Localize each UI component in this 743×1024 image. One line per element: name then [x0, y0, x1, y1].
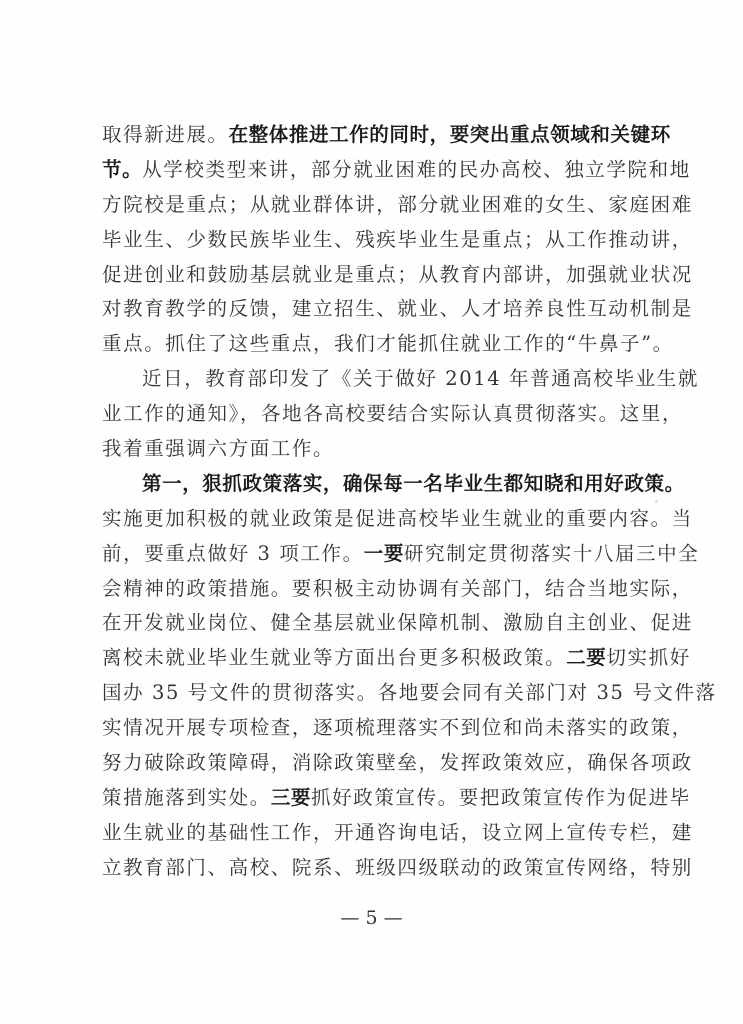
- text-run: 毕业生、少数民族毕业生、残疾毕业生是重点；从工作推动讲，: [102, 228, 693, 251]
- bold-text-run: 三要: [271, 786, 311, 809]
- text-run: 重点。抓住了这些重点，我们才能抓住就业工作的“牛鼻子”。: [102, 332, 674, 355]
- text-run: 研究制定贯彻落实十八届三中全: [404, 542, 699, 565]
- page-number: — 5 —: [0, 907, 743, 929]
- text-line: 毕业生、少数民族毕业生、残疾毕业生是重点；从工作推动讲，: [102, 223, 652, 258]
- text-run: 策措施落到实处。: [102, 786, 271, 809]
- bold-text-run: 二要: [566, 646, 606, 669]
- text-line: 方院校是重点；从就业群体讲，部分就业困难的女生、家庭困难: [102, 188, 652, 223]
- text-line: 重点。抓住了这些重点，我们才能抓住就业工作的“牛鼻子”。: [102, 327, 652, 362]
- text-line: 促进创业和鼓励基层就业是重点；从教育内部讲，加强就业状况: [102, 258, 652, 293]
- bold-text-run: 节。: [102, 158, 142, 181]
- text-line: 我着重强调六方面工作。: [102, 432, 652, 467]
- text-run: 我着重强调六方面工作。: [102, 437, 334, 460]
- scan-speck: [655, 500, 658, 503]
- text-line: 业生就业的基础性工作，开通咨询电话，设立网上宣传专栏，建: [102, 816, 652, 851]
- text-run: 在开发就业岗位、健全基层就业保障机制、激励自主创业、促进: [102, 611, 693, 634]
- text-line: 立教育部门、高校、院系、班级四级联动的政策宣传网络，特别: [102, 851, 652, 886]
- text-line: 近日，教育部印发了《关于做好 2014 年普通高校毕业生就: [102, 362, 652, 397]
- text-run: 实施更加积极的就业政策是促进高校毕业生就业的重要内容。当: [102, 507, 693, 530]
- text-run: 对教育教学的反馈，建立招生、就业、人才培养良性互动机制是: [102, 297, 693, 320]
- text-run: 前，要重点做好 3 项工作。: [102, 542, 364, 565]
- text-run: 会精神的政策措施。要积极主动协调有关部门，结合当地实际，: [102, 577, 693, 600]
- text-run: 业工作的通知》，各地各高校要结合实际认真贯彻落实。这里，: [102, 402, 683, 425]
- bold-text-run: 第一，狠抓政策落实，确保每一名毕业生都知晓和用好政策。: [142, 472, 685, 495]
- text-run: 从学校类型来讲，部分就业困难的民办高校、独立学院和地: [142, 158, 691, 181]
- text-run: 切实抓好: [606, 646, 690, 669]
- bold-text-run: 在整体推进工作的同时，要突出重点领域和关键环: [229, 123, 671, 146]
- text-line: 取得新进展。在整体推进工作的同时，要突出重点领域和关键环: [102, 118, 652, 153]
- text-run: 近日，教育部印发了《关于做好 2014 年普通高校毕业生就: [142, 367, 699, 390]
- text-line: 策措施落到实处。三要抓好政策宣传。要把政策宣传作为促进毕: [102, 781, 652, 816]
- bold-text-run: 一要: [364, 542, 404, 565]
- text-run: 离校未就业毕业生就业等方面出台更多积极政策。: [102, 646, 566, 669]
- text-line: 在开发就业岗位、健全基层就业保障机制、激励自主创业、促进: [102, 606, 652, 641]
- text-line: 节。从学校类型来讲，部分就业困难的民办高校、独立学院和地: [102, 153, 652, 188]
- text-line: 努力破除政策障碍，消除政策壁垒，发挥政策效应，确保各项政: [102, 746, 652, 781]
- text-line: 业工作的通知》，各地各高校要结合实际认真贯彻落实。这里，: [102, 397, 652, 432]
- text-run: 促进创业和鼓励基层就业是重点；从教育内部讲，加强就业状况: [102, 263, 693, 286]
- text-run: 方院校是重点；从就业群体讲，部分就业困难的女生、家庭困难: [102, 193, 693, 216]
- text-run: 业生就业的基础性工作，开通咨询电话，设立网上宣传专栏，建: [102, 821, 693, 844]
- text-line: 国办 35 号文件的贯彻落实。各地要会同有关部门对 35 号文件落: [102, 676, 652, 711]
- text-line: 实施更加积极的就业政策是促进高校毕业生就业的重要内容。当: [102, 502, 652, 537]
- text-run: 立教育部门、高校、院系、班级四级联动的政策宣传网络，特别: [102, 856, 693, 879]
- text-line: 会精神的政策措施。要积极主动协调有关部门，结合当地实际，: [102, 572, 652, 607]
- text-run: 抓好政策宣传。要把政策宣传作为促进毕: [311, 786, 691, 809]
- text-line: 对教育教学的反馈，建立招生、就业、人才培养良性互动机制是: [102, 292, 652, 327]
- text-run: 国办 35 号文件的贯彻落实。各地要会同有关部门对 35 号文件落: [102, 681, 717, 704]
- text-line: 第一，狠抓政策落实，确保每一名毕业生都知晓和用好政策。: [102, 467, 652, 502]
- text-line: 实情况开展专项检查，逐项梳理落实不到位和尚未落实的政策，: [102, 711, 652, 746]
- document-page: 取得新进展。在整体推进工作的同时，要突出重点领域和关键环节。从学校类型来讲，部分…: [0, 0, 743, 1024]
- text-run: 取得新进展。: [102, 123, 229, 146]
- text-run: 实情况开展专项检查，逐项梳理落实不到位和尚未落实的政策，: [102, 716, 693, 739]
- text-line: 离校未就业毕业生就业等方面出台更多积极政策。二要切实抓好: [102, 641, 652, 676]
- text-line: 前，要重点做好 3 项工作。一要研究制定贯彻落实十八届三中全: [102, 537, 652, 572]
- document-body: 取得新进展。在整体推进工作的同时，要突出重点领域和关键环节。从学校类型来讲，部分…: [102, 118, 652, 886]
- text-run: 努力破除政策障碍，消除政策壁垒，发挥政策效应，确保各项政: [102, 751, 693, 774]
